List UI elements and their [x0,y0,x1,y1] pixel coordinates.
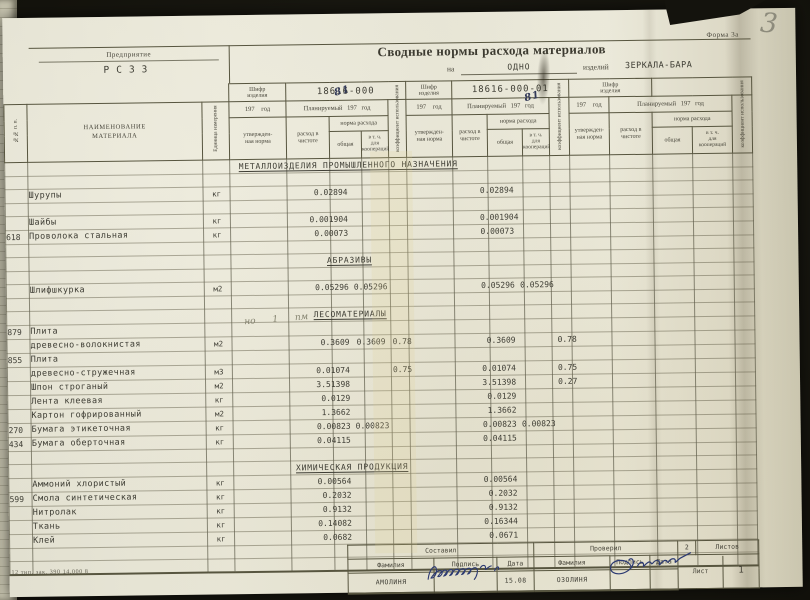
approved-norm-cell [231,241,288,255]
net-value-cell [290,447,333,461]
unit-cell: м3 [205,365,232,379]
coop-value-cell [696,386,736,401]
coef-value-cell [550,196,570,209]
approved-norm-cell [233,406,290,421]
approved-norm-cell [235,545,292,559]
net-value-cell: 0.9132 [457,500,492,514]
net-value-cell [614,498,657,513]
approved-norm-cell [408,279,454,294]
net-value-cell: 0.00823 [456,417,491,431]
coop-value-cell [366,474,393,488]
total-value-cell [655,359,695,374]
unit-cell: кг [206,393,233,407]
coef-value-cell [553,416,573,430]
net-value-cell [613,401,656,416]
coop-value-cell [366,502,393,516]
total-value-cell [654,276,694,291]
coef-value-cell [734,221,754,235]
total-value-cell [332,349,364,363]
approved-norm-cell [233,420,290,435]
approved-norm-cell [234,475,291,490]
norm-group-header: норма расхода [652,111,732,127]
coef-value-cell [555,527,575,541]
enterprise-box: Предприятие РСЗЗ [29,45,230,86]
approved-norm-cell [234,503,291,518]
approved-norm-cell [235,531,292,546]
approved-norm-cell [571,264,611,278]
coop-value-cell [362,185,389,199]
coef-value-cell [393,473,411,487]
total-value-cell [331,267,363,280]
unit-cell [205,309,232,323]
total-value-cell [654,290,694,304]
total-header: общая [329,131,361,158]
net-value-cell: 0.16344 [457,514,492,528]
row-number-cell [6,298,29,311]
unit-cell [205,351,232,365]
total-value-cell [656,443,696,457]
unit-cell [204,296,231,309]
unit-cell [208,559,235,572]
coef-value-cell [393,487,411,501]
unit-cell [207,462,234,476]
net-value-cell: 3.51398 [290,377,333,392]
net-value-cell: 1.3662 [290,405,333,420]
row-number-cell [6,271,29,284]
row-number-cell [6,244,29,257]
coef-value-cell [551,264,571,277]
approved-norm-cell [573,444,613,458]
net-value-cell [610,208,653,223]
row-number-cell [8,451,31,464]
total-value-cell [656,429,696,444]
net-value-cell [611,290,654,304]
coop-value-cell [694,262,734,276]
total-value-cell [333,447,365,460]
net-value-cell [610,195,653,209]
total-value-cell [655,345,695,360]
total-value-cell [330,172,362,185]
approved-norm-header: утвержден-ная норма [569,113,610,156]
coef-value-cell [736,428,756,442]
coef-value-cell: 0.27 [553,374,573,388]
enterprise-value: РСЗЗ [29,63,229,77]
unit-cell: кг [206,435,233,449]
coef-value-cell [389,198,407,211]
coef-value-cell [550,182,570,196]
coop-value-cell [527,514,554,528]
unit-cell [203,201,230,214]
coop-value-cell [364,363,391,377]
row-number-cell [7,367,30,381]
coop-value-cell [695,344,735,359]
approved-norm-cell [574,485,614,500]
net-value-cell [611,276,654,291]
net-value-cell: 0.2032 [291,488,334,503]
approved-norm-cell [230,173,287,187]
planned-year-header: Планируемый 197 год81 [286,100,388,117]
approved-norm-cell [573,388,613,403]
approved-norm-cell [408,293,454,307]
net-value-cell: 0.02894 [453,183,488,197]
approved-norm-cell [570,155,610,170]
row-number-cell [8,381,31,395]
coef-value-cell [737,511,757,525]
coef-value-cell [389,171,407,184]
net-value-cell [292,544,335,558]
net-value-cell [613,429,656,444]
unit-cell [204,242,231,255]
total-value-cell [330,199,362,212]
total-value-cell [657,512,697,527]
coef-value-cell [390,252,408,266]
net-value-cell: 0.3609 [289,335,332,350]
net-value-cell [613,443,656,457]
approved-norm-cell [408,225,454,240]
coef-value-cell [392,418,410,432]
coop-header: в т. ч.длякоопераций [361,131,388,158]
coop-value-cell [366,516,393,530]
coop-value-cell [694,275,734,290]
total-value-cell [653,168,693,182]
unit-cell [204,255,231,269]
approved-norm-cell [407,171,453,185]
approved-norm-cell [572,318,612,333]
listov-label: Листов [696,540,759,555]
coef-value-cell [391,306,409,320]
year-header: 197 год [229,101,286,118]
coef-value-cell [551,291,571,304]
product-name-typed: ЗЕРКАЛА-БАРА [625,60,693,71]
shifr-value: 18616-000-01 [452,79,569,99]
total-value-cell [492,458,527,472]
coop-value-cell [527,458,554,472]
net-value-cell [454,265,489,278]
approved-norm-cell [571,291,611,305]
net-value-cell: 0.04115 [456,431,491,445]
row-number-cell [9,464,32,478]
coop-value-cell [693,180,733,195]
coef-value-cell [736,386,756,400]
total-value-cell [654,249,694,264]
net-value-cell: 0.2032 [457,486,492,500]
row-number-cell: 879 [7,325,30,339]
familia-label: Фамилия [348,558,434,573]
total-value-cell [657,484,697,499]
total-value-cell [654,236,694,250]
coop-value-cell [526,389,553,403]
row-number-cell [5,203,28,216]
materials-table: Шифризделия18616-000Шифризделия18616-000… [3,76,758,575]
coef-value-cell [735,302,755,316]
approved-norm-cell [234,517,291,532]
coop-value-cell [526,375,553,389]
net-value-cell [612,345,655,360]
row-number-cell [8,395,31,409]
approved-norm-cell [235,558,292,572]
coef-value-cell [390,279,408,293]
total-value-cell [658,526,698,541]
paper-sheet: Форма 3а 3 Предприятие РСЗЗ Сводные норм… [2,8,803,597]
coef-value-cell [552,304,572,318]
row-number-cell [10,534,33,548]
approved-norm-cell [233,434,290,449]
total-value-cell [655,331,695,346]
pencil-page-number: 3 [759,7,779,39]
coop-value-cell [694,248,734,263]
unit-cell [204,269,231,282]
unit-cell: кг [207,504,234,518]
net-value-cell [614,470,657,485]
coop-value-cell [366,488,393,502]
approved-norm-cell [573,430,613,445]
net-value-cell [288,240,331,254]
net-value-cell: 0.3609 [455,333,490,347]
coop-value-cell [696,414,736,429]
coop-value-cell [697,455,737,470]
unit-cell: кг [207,518,234,532]
net-value-cell: 0.14082 [291,516,334,531]
net-value-cell: 0.00073 [288,226,331,241]
coef-value-cell [733,194,753,207]
approved-norm-cell [574,499,614,514]
total-header: общая [652,127,692,155]
total-value-cell [655,317,695,332]
coef-value-cell [554,513,574,527]
approved-norm-header: утвержден-ная норма [229,117,287,160]
coop-value-cell [694,289,734,303]
net-value-cell: 0.001904 [287,212,330,227]
coop-value-cell [367,530,394,544]
coef-value-cell [550,169,570,182]
quantity-typed: ОДНО [461,62,577,76]
total-value-cell [488,170,523,183]
coop-value-cell [362,212,389,226]
coef-value-cell [390,225,408,239]
total-value-cell [490,347,525,361]
net-value-cell [610,181,653,196]
coef-value-cell [550,155,570,169]
coop-value-cell [523,156,550,170]
total-value-cell [489,238,524,251]
coef-value-cell [552,318,572,332]
total-value-cell [656,373,696,388]
row-number-cell: 618 [6,230,29,244]
net-value-cell [453,170,488,183]
net-value-cell [613,415,656,430]
coop-value-cell [693,207,733,222]
unit-cell: м2 [206,407,233,421]
handwritten-year-note: 81 [523,89,541,104]
approved-norm-cell [412,529,458,544]
unit-cell [205,323,232,337]
coop-value-cell [528,528,555,542]
shifr-label: Шифризделия [569,78,652,97]
scanned-document: Форма 3а 3 Предприятие РСЗЗ Сводные норм… [0,0,810,600]
coef-value-cell [392,432,410,446]
coef-value-cell [734,275,754,289]
coop-value-cell [695,316,735,331]
coop-value-cell [365,433,392,447]
coef-value-cell [394,529,412,543]
coef-value-cell [737,469,757,483]
total-value-cell [655,303,695,318]
coef-header: коэффициент использования [549,97,570,155]
coop-value-cell [525,305,552,319]
approved-norm-cell [230,213,287,228]
approved-norm-cell [572,360,612,375]
total-value-cell [488,197,523,210]
approved-norm-cell [410,404,456,419]
enterprise-label: Предприятие [29,49,229,60]
coef-value-cell: 0.78 [391,334,409,348]
row-number-cell [7,339,30,353]
coef-value-cell [735,344,755,358]
net-value-cell [613,387,656,402]
planned-year-header: Планируемый 197 год81 [452,98,549,115]
total-value-cell [654,222,694,237]
coef-value-cell [554,457,574,471]
coop-value-cell [363,267,390,280]
form-code: Форма 3а [706,31,738,39]
coef-value-cell [390,239,408,252]
approved-norm-cell [233,392,290,407]
approved-norm-cell [410,446,456,460]
approved-norm-cell [407,198,453,212]
net-value-cell: 0.02894 [287,185,330,200]
total-value-cell [657,456,697,471]
row-number-cell: 270 [8,423,31,437]
coop-value-cell [524,238,551,251]
net-value-cell [610,154,653,169]
coop-value-cell [363,294,390,307]
unit-cell: м2 [204,282,231,296]
coef-value-cell [553,402,573,416]
coop-value-cell [524,251,551,265]
coef-value-cell [738,525,758,539]
coop-value-cell [697,511,737,526]
net-value-cell [611,236,654,250]
row-number-cell: 855 [7,353,30,367]
approved-norm-cell [231,268,288,282]
row-number-cell [6,284,29,298]
coop-header: в т. ч.длякоопераций [692,126,732,154]
coop-value-cell [696,372,736,387]
year-header: 197 год [569,97,609,114]
approved-norm-cell [571,277,611,292]
approved-norm-cell [571,237,611,251]
row-number-cell [7,311,30,325]
coef-value-cell [553,430,573,444]
coef-value-cell: 0.75 [552,360,572,374]
unit-cell: м2 [205,337,232,351]
approved-norm-cell [411,487,457,502]
total-value-cell [490,305,525,319]
approved-norm-cell [574,457,614,472]
approved-norm-cell [573,402,613,417]
approved-norm-cell [409,306,455,321]
unit-cell: кг [207,490,234,504]
col-num-header: №№ п. п. [4,104,28,162]
net-value-cell [611,222,654,237]
approved-norm-cell [411,515,457,530]
coop-value-cell [523,170,550,183]
approved-norm-cell [410,418,456,433]
col-name-header: НАИМЕНОВАНИЕМАТЕРИАЛА [27,102,203,162]
unit-cell: кг [207,476,234,490]
total-value-cell [488,156,523,170]
approved-norm-cell [571,250,611,265]
coef-value-cell [734,262,754,275]
coop-value-cell [523,210,550,224]
coop-value-cell [524,265,551,278]
net-value-cell: 0.05296 [288,280,331,295]
coef-value-cell [392,390,410,404]
approved-norm-cell [407,211,453,226]
print-shop-imprint: 12 тип. зак. 390 14.000 8 [11,569,88,576]
approved-norm-cell [409,320,455,335]
total-value-cell [491,445,526,458]
total-value-cell [332,321,364,335]
row-number-cell [9,520,32,534]
net-value-cell [611,263,654,277]
net-value-cell: 0.04115 [290,433,333,448]
coop-value-cell [364,321,391,335]
total-value-cell [654,263,694,277]
coef-value-cell [389,211,407,225]
coef-value-cell [735,316,755,330]
coef-value-cell [553,444,573,457]
net-value-cell [292,557,335,571]
coef-value-cell [392,404,410,418]
coef-value-cell [734,289,754,302]
net-value-cell: 0.01074 [455,361,490,375]
approved-norm-cell [570,182,610,197]
net-value-cell [287,172,330,186]
coef-value-cell [554,499,574,513]
coef-value-cell [735,330,755,344]
coef-header: коэффициент использования [732,95,753,153]
coef-value-cell [551,237,571,250]
net-value-cell [614,512,657,527]
net-value-cell: 0.0129 [290,391,333,406]
net-value-cell [456,445,491,458]
approved-norm-cell [410,376,456,391]
coop-value-cell [696,442,736,456]
shifr-label: Шифризделия [229,83,286,102]
approved-norm-cell [233,378,290,393]
for-label: на [447,64,454,73]
coop-value-cell [695,358,735,373]
total-value-cell [653,154,693,169]
row-number-cell: 599 [9,492,32,506]
coop-value-cell [365,377,392,391]
coop-value-cell [698,525,738,540]
coop-value-cell [694,235,734,249]
coef-value-cell [734,248,754,262]
coop-value-cell [363,240,390,253]
familia-label: Фамилия [534,556,610,571]
coop-value-cell [362,199,389,212]
row-number-cell [6,257,29,271]
coef-value-cell [553,388,573,402]
coef-value-cell [554,485,574,499]
approved-norm-cell [570,196,610,210]
coef-value-cell [392,376,410,390]
net-header: расход вчистоте [286,116,330,159]
approved-norm-cell [571,223,611,238]
total-value-cell [490,319,525,333]
